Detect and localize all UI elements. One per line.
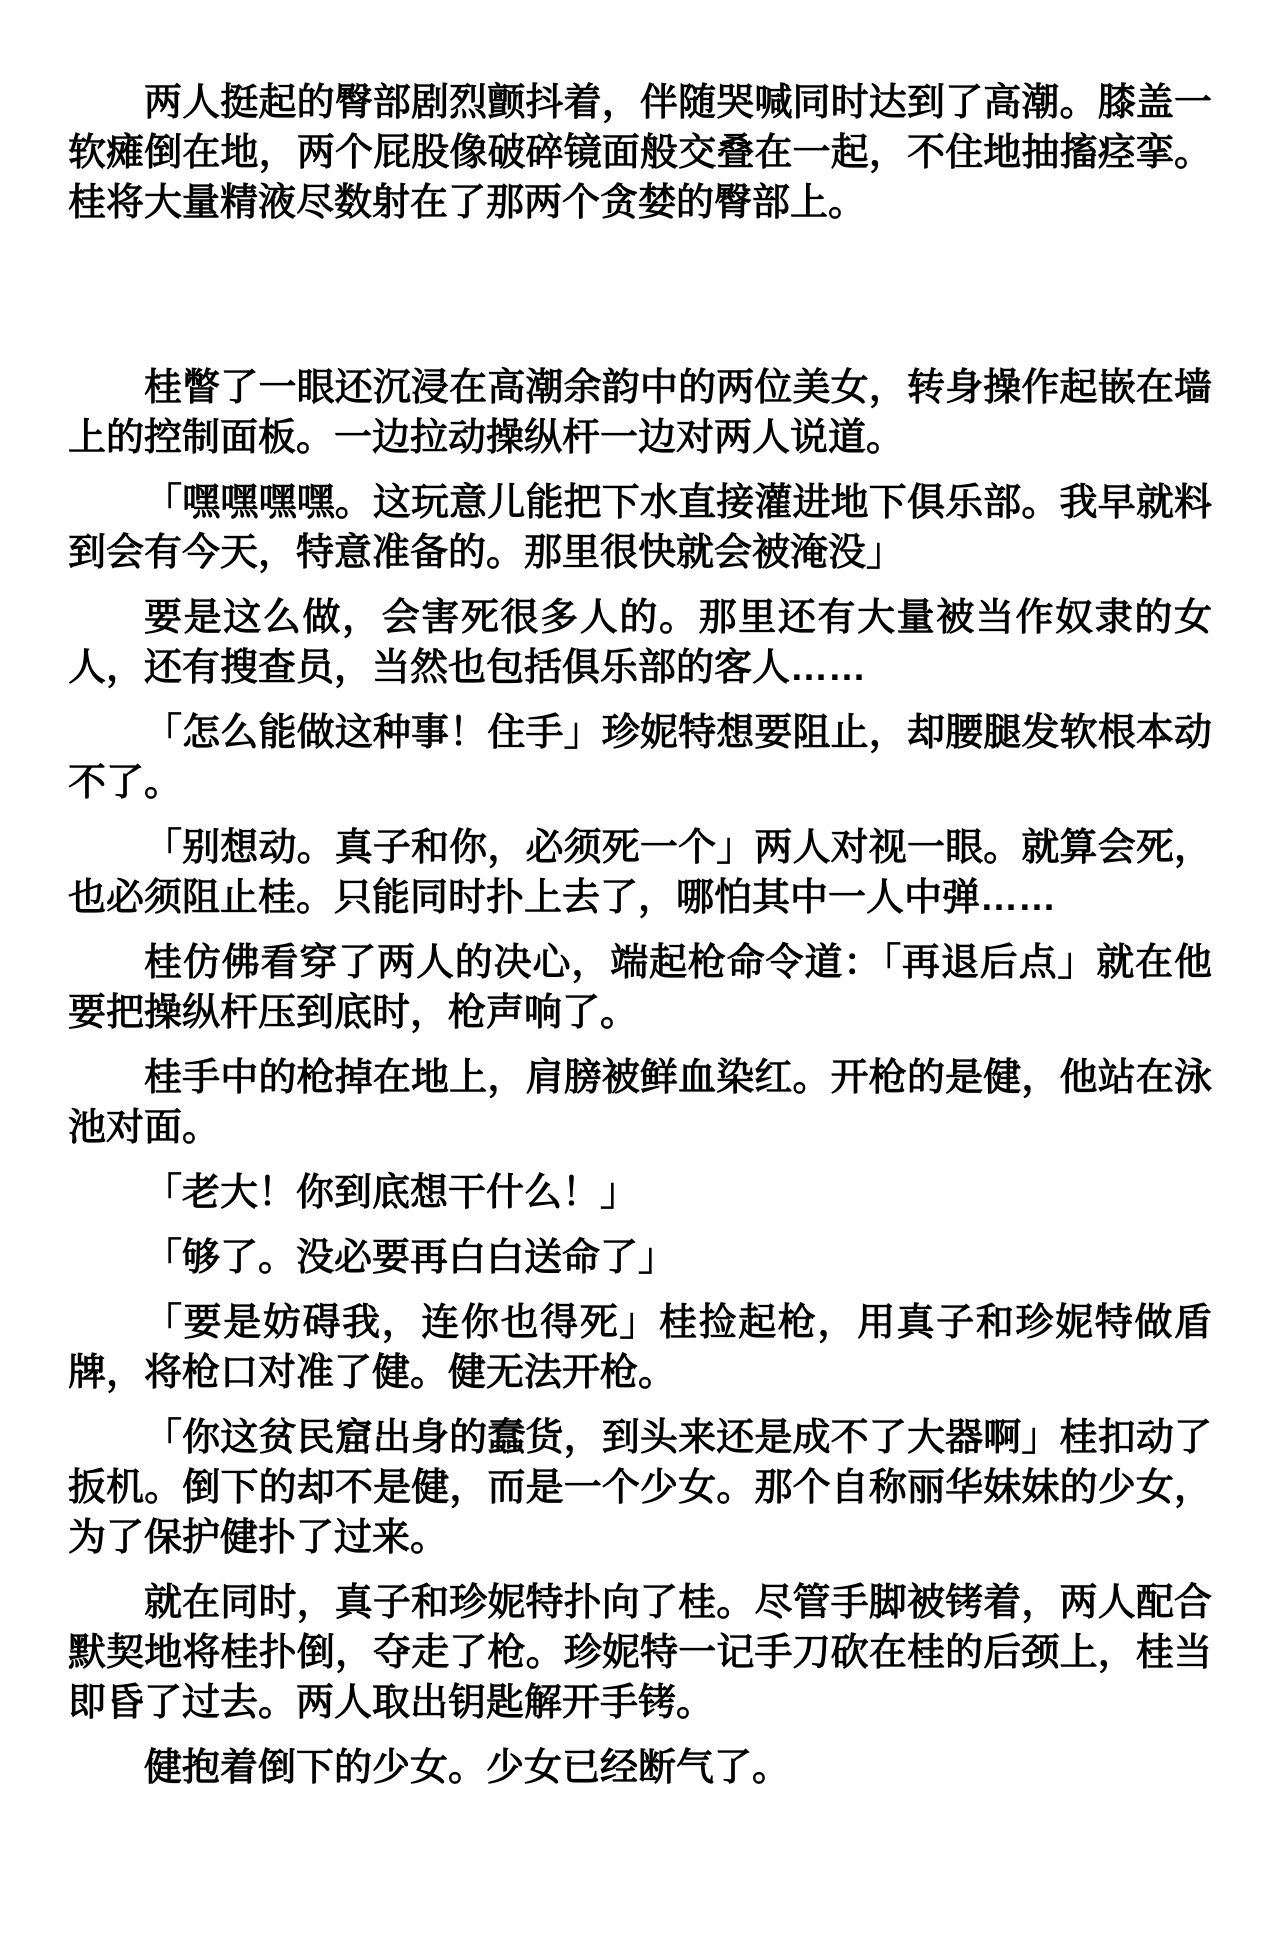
paragraph: 桂仿佛看穿了两人的决心，端起枪命令道：「再退后点」就在他要把操纵杆压到底时，枪声… bbox=[68, 938, 1212, 1038]
paragraph: 「要是妨碍我，连你也得死」桂捡起枪，用真子和珍妮特做盾牌，将枪口对准了健。健无法… bbox=[68, 1298, 1212, 1398]
paragraph: 「别想动。真子和你，必须死一个」两人对视一眼。就算会死，也必须阻止桂。只能同时扑… bbox=[68, 823, 1212, 923]
paragraph: 桂手中的枪掉在地上，肩膀被鲜血染红。开枪的是健，他站在泳池对面。 bbox=[68, 1053, 1212, 1153]
paragraph: 「你这贫民窟出身的蠢货，到头来还是成不了大器啊」桂扣动了扳机。倒下的却不是健，而… bbox=[68, 1413, 1212, 1563]
paragraph: 「够了。没必要再白白送命了」 bbox=[68, 1233, 1212, 1283]
book-page: 两人挺起的臀部剧烈颤抖着，伴随哭喊同时达到了高潮。膝盖一软瘫倒在地，两个屁股像破… bbox=[0, 0, 1280, 1942]
paragraph: 健抱着倒下的少女。少女已经断气了。 bbox=[68, 1743, 1212, 1793]
paragraph: 要是这么做，会害死很多人的。那里还有大量被当作奴隶的女人，还有搜查员，当然也包括… bbox=[68, 593, 1212, 693]
paragraph: 桂瞥了一眼还沉浸在高潮余韵中的两位美女，转身操作起嵌在墙上的控制面板。一边拉动操… bbox=[68, 363, 1212, 463]
paragraph: 两人挺起的臀部剧烈颤抖着，伴随哭喊同时达到了高潮。膝盖一软瘫倒在地，两个屁股像破… bbox=[68, 78, 1212, 228]
paragraph: 「老大！你到底想干什么！」 bbox=[68, 1168, 1212, 1218]
paragraph: 就在同时，真子和珍妮特扑向了桂。尽管手脚被铐着，两人配合默契地将桂扑倒，夺走了枪… bbox=[68, 1578, 1212, 1728]
paragraph: 「嘿嘿嘿嘿。这玩意儿能把下水直接灌进地下俱乐部。我早就料到会有今天，特意准备的。… bbox=[68, 478, 1212, 578]
scene-break-spacer bbox=[68, 243, 1212, 363]
paragraph: 「怎么能做这种事！住手」珍妮特想要阻止，却腰腿发软根本动不了。 bbox=[68, 708, 1212, 808]
